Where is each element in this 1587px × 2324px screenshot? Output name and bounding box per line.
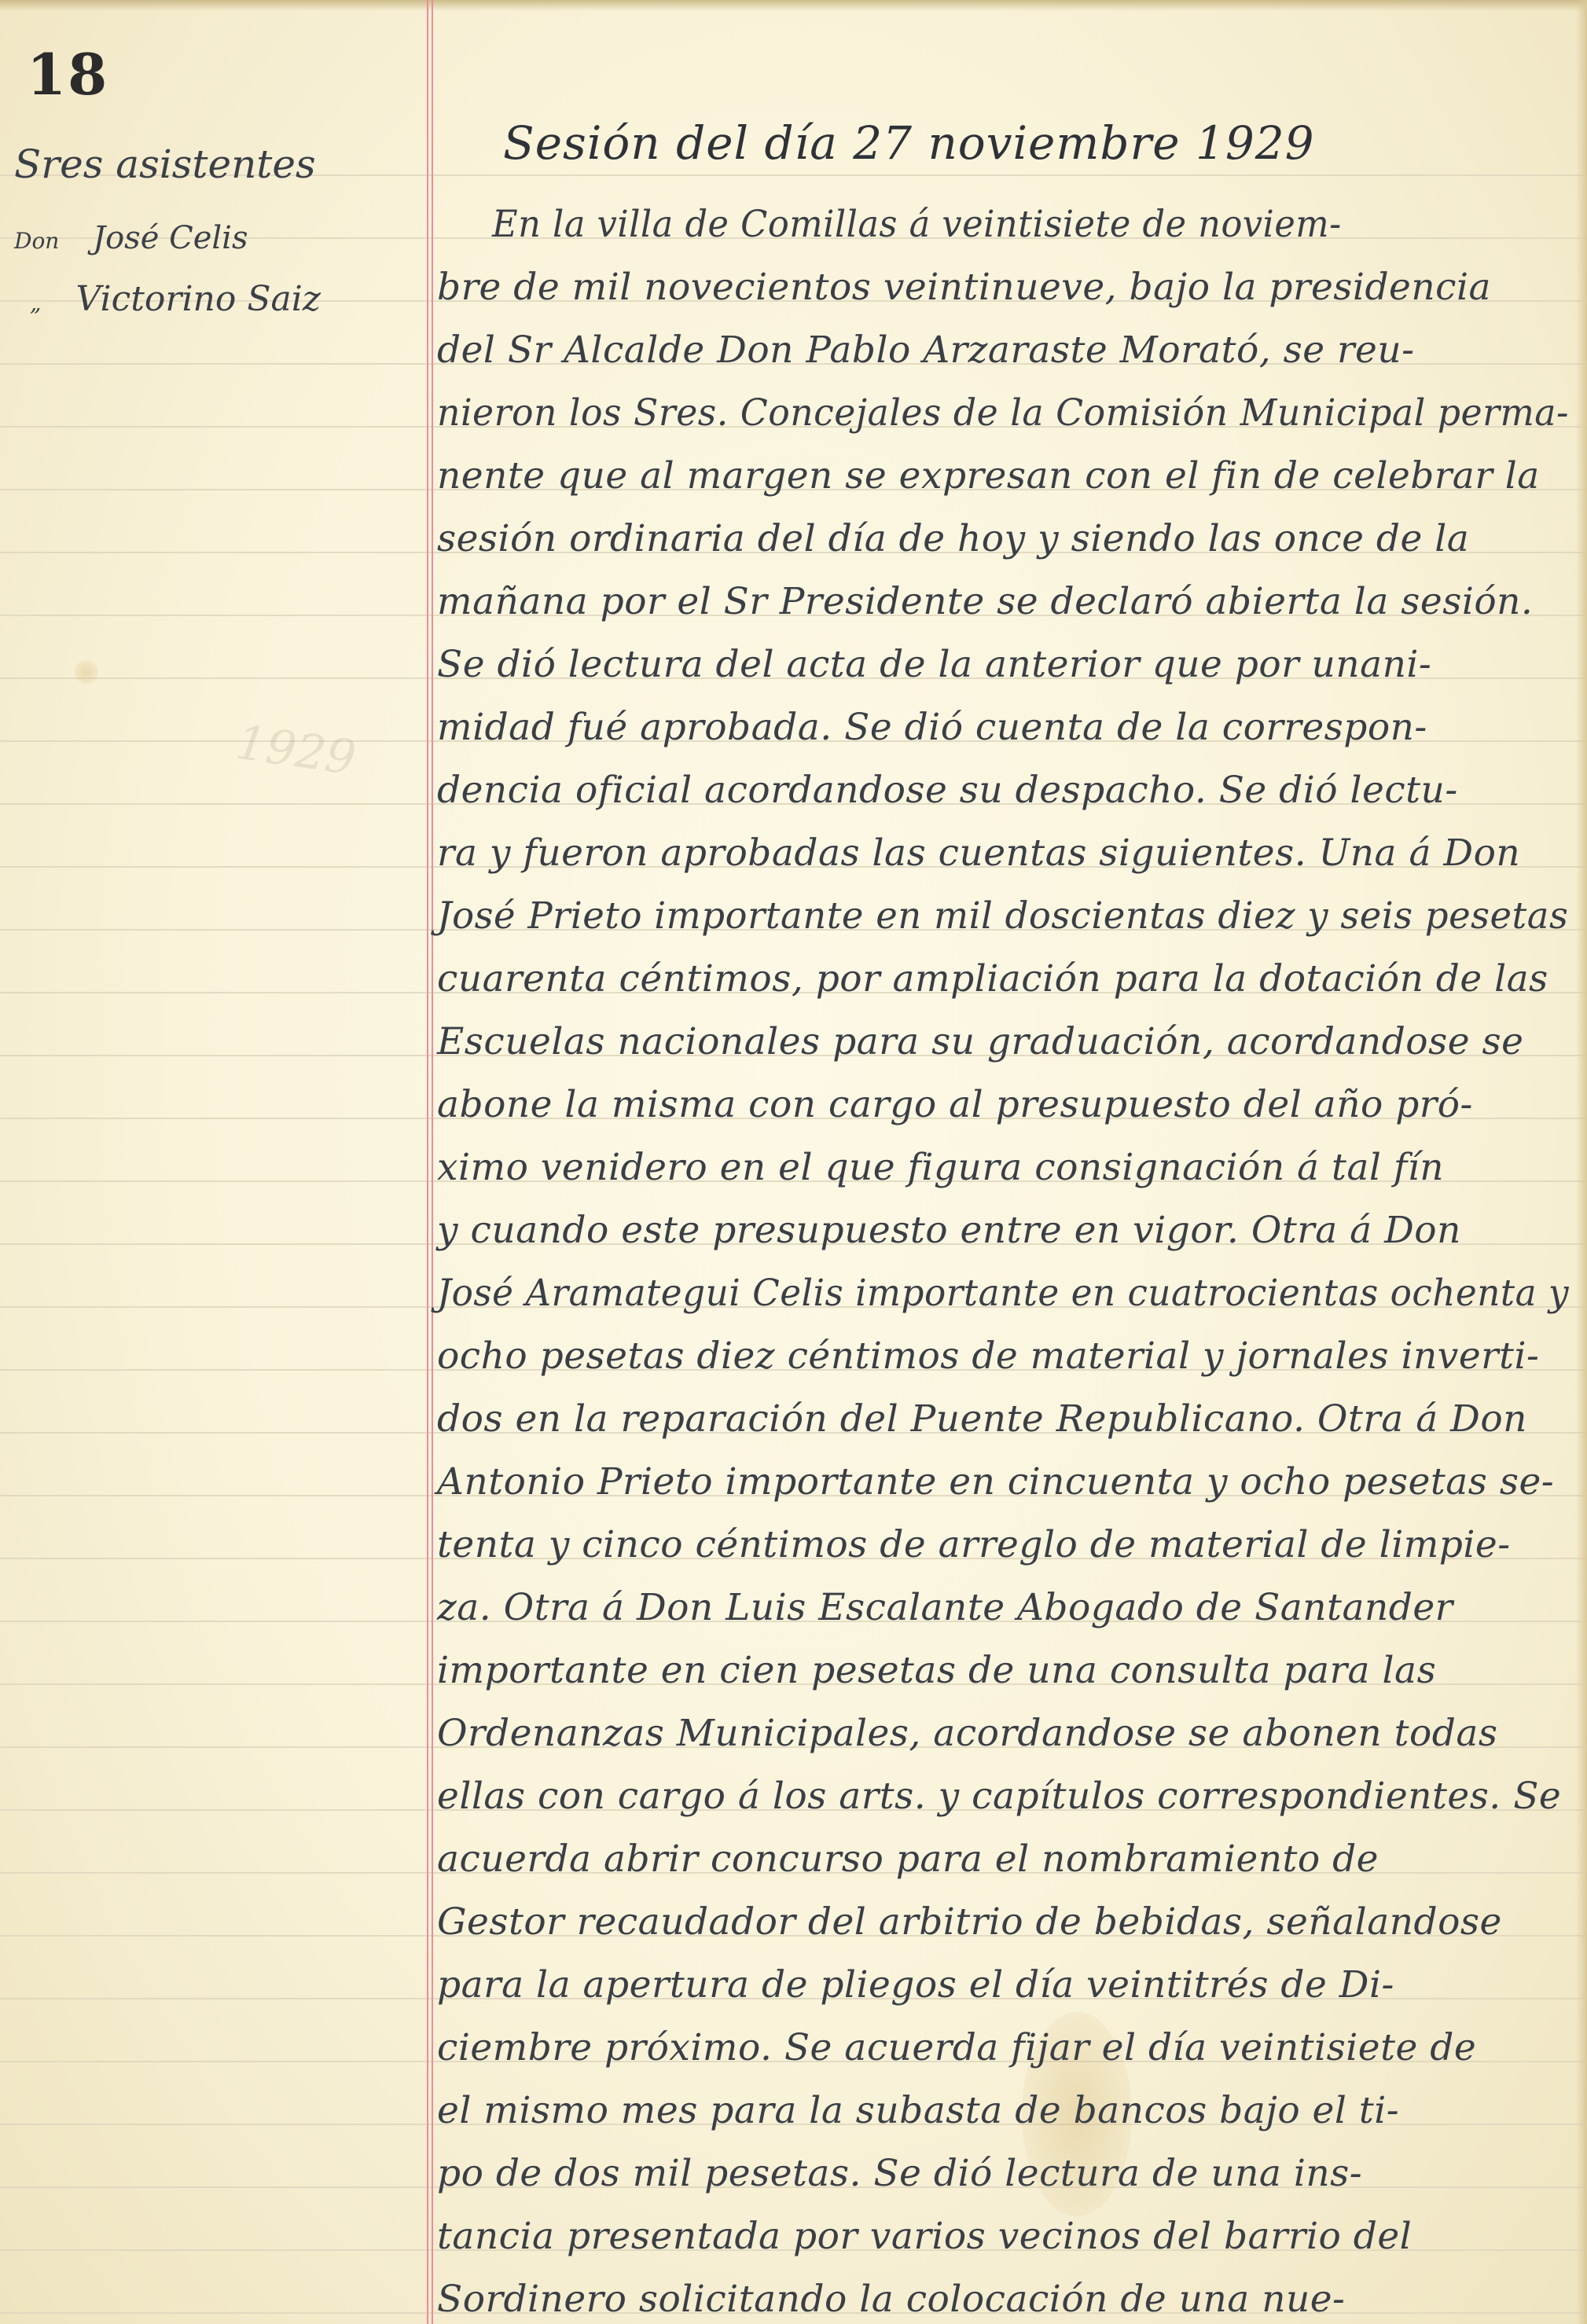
- minutes-line: Antonio Prieto importante en cincuenta y…: [437, 1463, 1569, 1500]
- minutes-line: tancia presentada por varios vecinos del…: [437, 2218, 1569, 2255]
- minutes-line: sesión ordinaria del día de hoy y siendo…: [437, 520, 1569, 557]
- minutes-line: nieron los Sres. Concejales de la Comisi…: [437, 395, 1538, 431]
- attendee-1: Don José Celis: [14, 220, 248, 256]
- minutes-line: el mismo mes para la subasta de bancos b…: [437, 2092, 1569, 2129]
- minutes-line: abone la misma con cargo al presupuesto …: [437, 1086, 1569, 1123]
- minutes-line: acuerda abrir concurso para el nombramie…: [437, 1841, 1569, 1878]
- attendee-prefix: „: [30, 290, 42, 316]
- minutes-line: ocho pesetas diez céntimos de material y…: [437, 1338, 1569, 1375]
- margin-line-left: [427, 0, 428, 2324]
- minutes-line: del Sr Alcalde Don Pablo Arzaraste Morat…: [437, 332, 1569, 369]
- minutes-line: José Aramategui Celis importante en cuat…: [437, 1275, 1528, 1312]
- minutes-line: ciembre próximo. Se acuerda fijar el día…: [437, 2029, 1569, 2066]
- minutes-line: José Prieto importante en mil doscientas…: [437, 898, 1558, 934]
- minutes-line: dencia oficial acordandose su despacho. …: [437, 772, 1569, 809]
- minutes-line: midad fué aprobada. Se dió cuenta de la …: [437, 709, 1569, 746]
- minutes-line: Se dió lectura del acta de la anterior q…: [437, 646, 1569, 683]
- attendees-heading: Sres asistentes: [14, 141, 316, 187]
- ledger-page: 1929 18 Sres asistentes Don José Celis „…: [0, 0, 1587, 2324]
- attendee-2: „ Victorino Saiz: [30, 279, 321, 319]
- minutes-line: y cuando este presupuesto entre en vigor…: [437, 1212, 1569, 1249]
- minutes-line: nente que al margen se expresan con el f…: [437, 457, 1569, 494]
- attendee-name: Victorino Saiz: [76, 279, 321, 319]
- minutes-line: za. Otra á Don Luis Escalante Abogado de…: [437, 1589, 1569, 1626]
- minutes-line: cuarenta céntimos, por ampliación para l…: [437, 960, 1569, 997]
- session-title: Sesión del día 27 noviembre 1929: [503, 116, 1315, 170]
- page-number: 18: [27, 41, 108, 108]
- minutes-line: Gestor recaudador del arbitrio de bebida…: [437, 1904, 1569, 1940]
- attendee-name: José Celis: [93, 220, 248, 256]
- minutes-line: po de dos mil pesetas. Se dió lectura de…: [437, 2155, 1569, 2192]
- minutes-line: ellas con cargo á los arts. y capítulos …: [437, 1778, 1569, 1815]
- minutes-line: Sordinero solicitando la colocación de u…: [437, 2281, 1569, 2318]
- minutes-line: Ordenanzas Municipales, acordandose se a…: [437, 1715, 1569, 1752]
- minutes-line: Escuelas nacionales para su graduación, …: [437, 1023, 1569, 1060]
- margin-line-right: [432, 0, 433, 2324]
- minutes-line: En la villa de Comillas á veintisiete de…: [492, 206, 1568, 243]
- minutes-line: mañana por el Sr Presidente se declaró a…: [437, 583, 1569, 620]
- minutes-line: tenta y cinco céntimos de arreglo de mat…: [437, 1526, 1569, 1563]
- paper-spot: [75, 660, 98, 684]
- minutes-line: dos en la reparación del Puente Republic…: [437, 1401, 1569, 1437]
- minutes-line: ximo venidero en el que figura consignac…: [437, 1149, 1569, 1186]
- minutes-line: para la apertura de pliegos el día veint…: [437, 1966, 1569, 2003]
- minutes-line: ra y fueron aprobadas las cuentas siguie…: [437, 835, 1569, 872]
- attendee-prefix: Don: [14, 228, 59, 254]
- minutes-line: bre de mil novecientos veintinueve, bajo…: [437, 269, 1569, 306]
- minutes-line: importante en cien pesetas de una consul…: [437, 1652, 1569, 1689]
